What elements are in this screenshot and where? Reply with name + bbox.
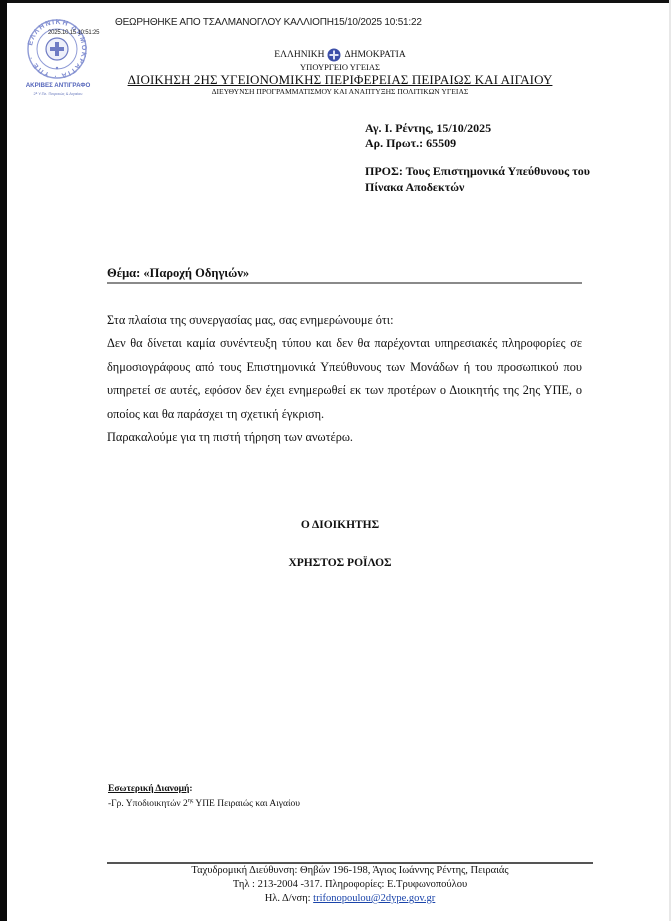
signatory-name: ΧΡΗΣΤΟΣ ΡΟΪΛΟΣ bbox=[200, 557, 480, 569]
internal-distribution: Εσωτερική Διανομή: -Γρ. Υποδιοικητών 2ης… bbox=[108, 783, 300, 810]
document-meta: Αγ. Ι. Ρέντης, 15/10/2025 Αρ. Πρωτ.: 655… bbox=[365, 121, 491, 151]
letterhead: ΕΛΛΗΝΙΚΗ ΔΗΜΟΚΡΑΤΙΑ ΥΠΟΥΡΓΕΙΟ ΥΓΕΙΑΣ ΔΙΟ… bbox=[100, 48, 580, 97]
footer-email-link[interactable]: trifonopoulou@2dype.gov.gr bbox=[313, 893, 435, 904]
body-intro: Στα πλαίσια της συνεργασίας μας, σας ενη… bbox=[107, 309, 582, 332]
distribution-title-colon: : bbox=[189, 784, 192, 794]
stamp-sublabel: 2ª Υ.Πε. Πειραιώς & Αιγαίου bbox=[18, 91, 98, 96]
footer-email-line: Ηλ. Δ/νση: trifonopoulou@2dype.gov.gr bbox=[100, 892, 600, 906]
republic-line: ΕΛΛΗΝΙΚΗ ΔΗΜΟΚΡΑΤΙΑ bbox=[100, 48, 580, 62]
body-main: Δεν θα δίνεται καμία συνέντευξη τύπου κα… bbox=[107, 332, 582, 426]
recipient-block: ΠΡΟΣ: Τους Επιστημονικά Υπεύθυνους του Π… bbox=[365, 163, 615, 195]
distribution-title: Εσωτερική Διανομή bbox=[108, 784, 189, 794]
stamp-timestamp: 2025.10.15 10:51:25 bbox=[48, 30, 99, 36]
viewed-by-note: ΘΕΩΡΗΘΗΚΕ ΑΠΟ ΤΣΑΛΜΑΝΟΓΛΟΥ ΚΑΛΛΙΟΠΗ15/10… bbox=[115, 17, 422, 28]
ministry-name: ΥΠΟΥΡΓΕΙΟ ΥΓΕΙΑΣ bbox=[100, 62, 580, 72]
republic-left: ΕΛΛΗΝΙΚΗ bbox=[274, 48, 324, 62]
footer-contact: Ταχυδρομική Διεύθυνση: Θηβών 196-198, Άγ… bbox=[100, 864, 600, 906]
place-date: Αγ. Ι. Ρέντης, 15/10/2025 bbox=[365, 121, 491, 136]
body-closing: Παρακαλούμε για τη πιστή τήρηση των ανωτ… bbox=[107, 426, 582, 449]
recipient-line-2: Πίνακα Αποδεκτών bbox=[365, 179, 615, 195]
directorate-name: ΔΙΕΥΘΥΝΣΗ ΠΡΟΓΡΑΜΜΑΤΙΣΜΟΥ ΚΑΙ ΑΝΑΠΤΥΞΗΣ … bbox=[100, 87, 580, 97]
scan-border-top bbox=[0, 0, 671, 3]
distribution-item-suffix: ΥΠΕ Πειραιώς και Αιγαίου bbox=[193, 799, 300, 809]
stamp-label: ΑΚΡΙΒΕΣ ΑΝΤΙΓΡΑΦΟ bbox=[18, 82, 98, 89]
subject-divider bbox=[107, 282, 582, 284]
footer-address: Ταχυδρομική Διεύθυνση: Θηβών 196-198, Άγ… bbox=[100, 864, 600, 878]
signatory-title: Ο ΔΙΟΙΚΗΤΗΣ bbox=[200, 519, 480, 535]
distribution-item: -Γρ. Υποδιοικητών 2ης ΥΠΕ Πειραιώς και Α… bbox=[108, 795, 300, 810]
footer-phone: Τηλ : 213-2004 -317. Πληροφορίες: Ε.Τρυφ… bbox=[100, 878, 600, 892]
recipient-line-1: ΠΡΟΣ: Τους Επιστημονικά Υπεύθυνους του bbox=[365, 163, 615, 179]
scan-border-left bbox=[0, 0, 7, 921]
footer-email-label: Ηλ. Δ/νση: bbox=[265, 893, 313, 904]
seal-icon: ΕΛΛΗΝΙΚΗ ΔΗΜΟΚΡΑΤΙΑ · ΥΠΕ · bbox=[24, 18, 90, 80]
subject-line: Θέμα: «Παροχή Οδηγιών» bbox=[107, 266, 249, 281]
signature-block: Ο ΔΙΟΙΚΗΤΗΣ ΧΡΗΣΤΟΣ ΡΟΪΛΟΣ bbox=[200, 519, 480, 569]
distribution-item-prefix: -Γρ. Υποδιοικητών 2 bbox=[108, 799, 188, 809]
letter-body: Στα πλαίσια της συνεργασίας μας, σας ενη… bbox=[107, 309, 582, 449]
certified-copy-stamp: ΕΛΛΗΝΙΚΗ ΔΗΜΟΚΡΑΤΙΑ · ΥΠΕ · 2025.10.15 1… bbox=[18, 18, 98, 98]
republic-right: ΔΗΜΟΚΡΑΤΙΑ bbox=[344, 48, 405, 62]
authority-name: ΔΙΟΙΚΗΣΗ 2ΗΣ ΥΓΕΙΟΝΟΜΙΚΗΣ ΠΕΡΙΦΕΡΕΙΑΣ ΠΕ… bbox=[100, 72, 580, 87]
protocol-number: Αρ. Πρωτ.: 65509 bbox=[365, 136, 491, 151]
greek-emblem-icon bbox=[327, 48, 341, 62]
